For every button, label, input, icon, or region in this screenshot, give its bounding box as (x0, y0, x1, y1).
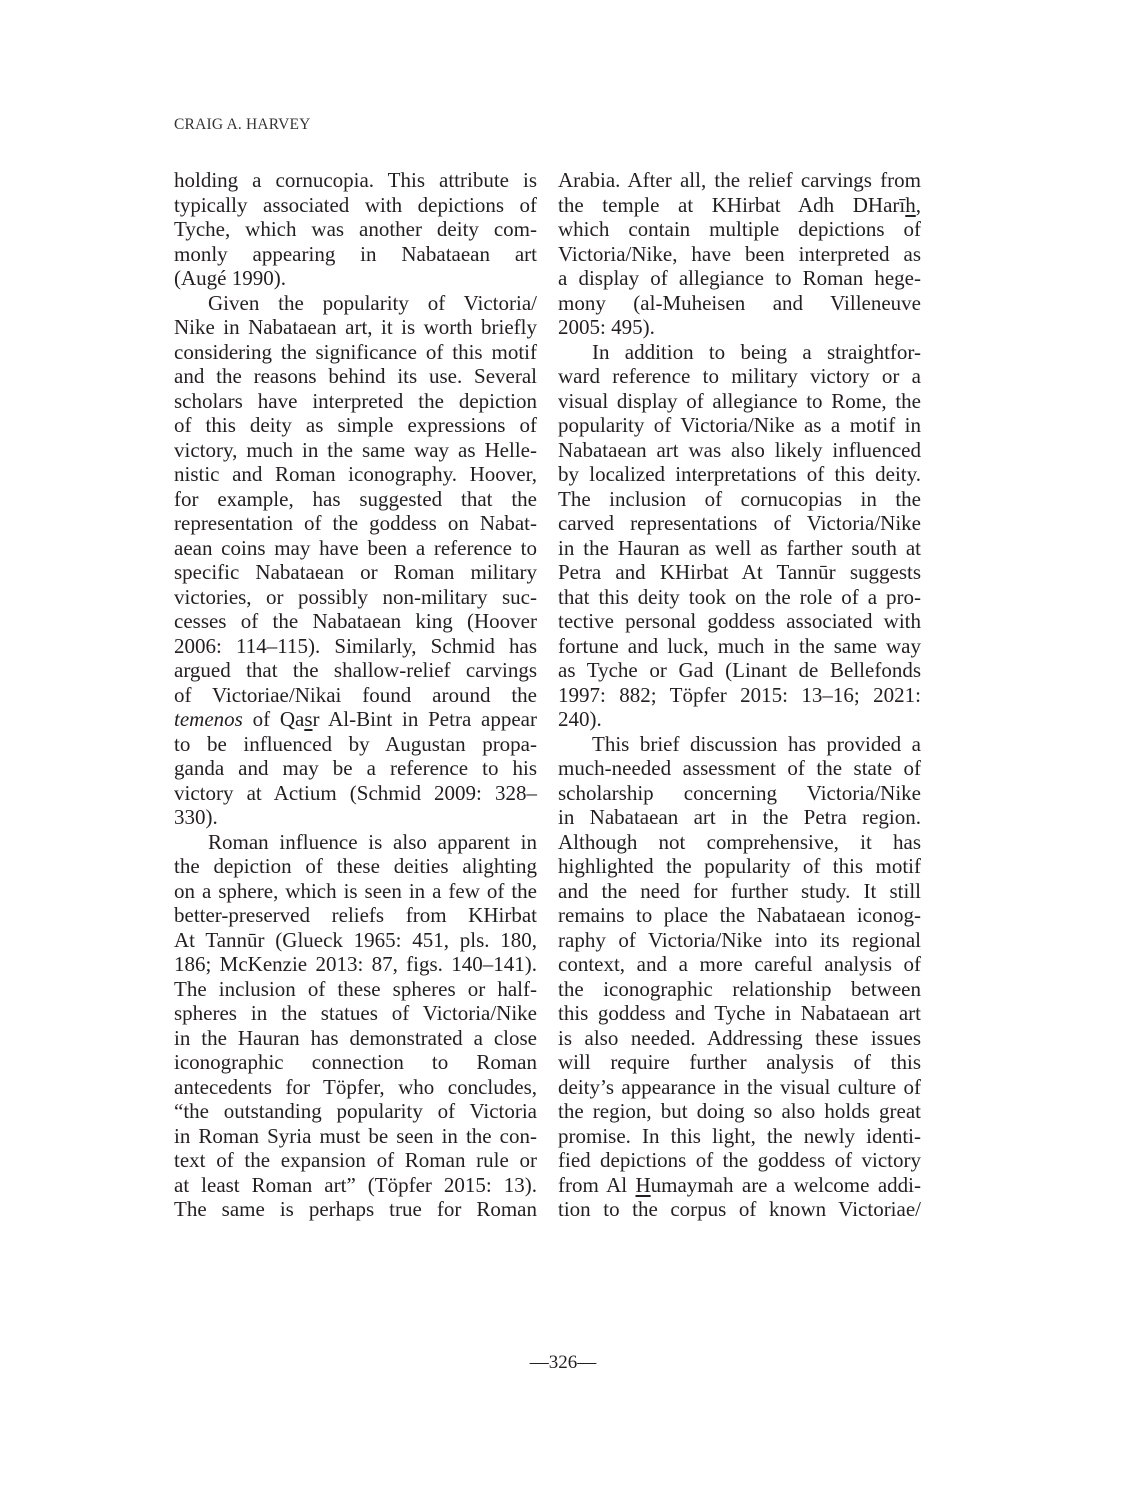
transliteration-underline: h (905, 193, 916, 217)
text-line: 1997: 882; Töpfer 2015: 13–16; 2021: (558, 683, 921, 708)
text-line: Although not comprehensive, it has (558, 830, 921, 855)
text-line: fortune and luck, much in the same way (558, 634, 921, 659)
text-line: carved representations of Victoria/Nike (558, 511, 921, 536)
text-line: text of the expansion of Roman rule or (174, 1148, 537, 1173)
text-line: promise. In this light, the newly identi… (558, 1124, 921, 1149)
text-line: Given the popularity of Victoria/ (174, 291, 537, 316)
text-line: which contain multiple depictions of (558, 217, 921, 242)
text-line: deity’s appearance in the visual culture… (558, 1075, 921, 1100)
text-line: scholarship concerning Victoria/Nike (558, 781, 921, 806)
text-line: the temple at KHirbat Adh DHarīh, (558, 193, 921, 218)
text-line: Victoria/Nike, have been interpreted as (558, 242, 921, 267)
text-segment: from Al (558, 1173, 635, 1197)
text-line: the depiction of these deities alighting (174, 854, 537, 879)
italic-term: temenos (174, 707, 243, 731)
text-line: victory at Actium (Schmid 2009: 328– (174, 781, 537, 806)
text-line: this goddess and Tyche in Nabataean art (558, 1001, 921, 1026)
text-segment: the temple at KHirbat Adh DHarī (558, 193, 905, 217)
text-line: Tyche, which was another deity com- (174, 217, 537, 242)
left-text-column: holding a cornucopia. This attribute ist… (174, 168, 537, 1222)
text-line: Arabia. After all, the relief carvings f… (558, 168, 921, 193)
text-line: 2006: 114–115). Similarly, Schmid has (174, 634, 537, 659)
text-line: raphy of Victoria/Nike into its regional (558, 928, 921, 953)
transliteration-underline: H (635, 1173, 650, 1197)
running-head-author: CRAIG A. HARVEY (174, 116, 311, 134)
text-line: At Tannūr (Glueck 1965: 451, pls. 180, (174, 928, 537, 953)
text-segment: umaymah are a welcome addi- (651, 1173, 921, 1197)
text-line: the region, but doing so also holds grea… (558, 1099, 921, 1124)
text-line: ward reference to military victory or a (558, 364, 921, 389)
text-line: will require further analysis of this (558, 1050, 921, 1075)
text-line: that this deity took on the role of a pr… (558, 585, 921, 610)
text-segment: , (916, 193, 921, 217)
text-line: Petra and KHirbat At Tannūr suggests (558, 560, 921, 585)
text-line: The inclusion of cornucopias in the (558, 487, 921, 512)
text-line: scholars have interpreted the depiction (174, 389, 537, 414)
text-line: victory, much in the same way as Helle- (174, 438, 537, 463)
transliteration-underline: s (304, 707, 312, 731)
text-line: 186; McKenzie 2013: 87, figs. 140–141). (174, 952, 537, 977)
text-line: cesses of the Nabataean king (Hoover (174, 609, 537, 634)
text-line: This brief discussion has provided a (558, 732, 921, 757)
text-line: the iconographic relationship between (558, 977, 921, 1002)
text-line: in the Hauran has demonstrated a close (174, 1026, 537, 1051)
text-line: and the reasons behind its use. Several (174, 364, 537, 389)
text-line: in Nabataean art in the Petra region. (558, 805, 921, 830)
text-line: The same is perhaps true for Roman (174, 1197, 537, 1222)
text-segment: r Al-Bint in Petra appear (313, 707, 537, 731)
page-number: —326— (0, 1352, 1126, 1374)
text-line: considering the significance of this mot… (174, 340, 537, 365)
text-line: Roman influence is also apparent in (174, 830, 537, 855)
text-line: for example, has suggested that the (174, 487, 537, 512)
text-line: Nabataean art was also likely influenced (558, 438, 921, 463)
text-line: 330). (174, 805, 537, 830)
text-line: of Victoriae/Nikai found around the (174, 683, 537, 708)
text-line: argued that the shallow-relief carvings (174, 658, 537, 683)
text-line: on a sphere, which is seen in a few of t… (174, 879, 537, 904)
text-line: nistic and Roman iconography. Hoover, (174, 462, 537, 487)
text-line: better-preserved reliefs from KHirbat (174, 903, 537, 928)
text-line: is also needed. Addressing these issues (558, 1026, 921, 1051)
text-line: victories, or possibly non-military suc- (174, 585, 537, 610)
text-line: popularity of Victoria/Nike as a motif i… (558, 413, 921, 438)
text-line: monly appearing in Nabataean art (174, 242, 537, 267)
text-line: fied depictions of the goddess of victor… (558, 1148, 921, 1173)
text-line: specific Nabataean or Roman military (174, 560, 537, 585)
text-segment: of Qa (243, 707, 305, 731)
text-line: aean coins may have been a reference to (174, 536, 537, 561)
text-line: from Al Humaymah are a welcome addi- (558, 1173, 921, 1198)
text-line: holding a cornucopia. This attribute is (174, 168, 537, 193)
text-line: by localized interpretations of this dei… (558, 462, 921, 487)
text-line: temenos of Qasr Al-Bint in Petra appear (174, 707, 537, 732)
text-line: The inclusion of these spheres or half- (174, 977, 537, 1002)
text-line: remains to place the Nabataean iconog- (558, 903, 921, 928)
text-line: a display of allegiance to Roman hege- (558, 266, 921, 291)
text-line: iconographic connection to Roman (174, 1050, 537, 1075)
text-line: much-needed assessment of the state of (558, 756, 921, 781)
text-line: “the outstanding popularity of Victoria (174, 1099, 537, 1124)
text-line: 240). (558, 707, 921, 732)
text-line: of this deity as simple expressions of (174, 413, 537, 438)
text-line: at least Roman art” (Töpfer 2015: 13). (174, 1173, 537, 1198)
text-line: in Roman Syria must be seen in the con- (174, 1124, 537, 1149)
text-line: Nike in Nabataean art, it is worth brief… (174, 315, 537, 340)
text-line: In addition to being a straightfor- (558, 340, 921, 365)
text-line: ganda and may be a reference to his (174, 756, 537, 781)
text-line: context, and a more careful analysis of (558, 952, 921, 977)
text-line: mony (al-Muheisen and Villeneuve (558, 291, 921, 316)
text-line: to be influenced by Augustan propa- (174, 732, 537, 757)
text-line: spheres in the statues of Victoria/Nike (174, 1001, 537, 1026)
text-line: in the Hauran as well as farther south a… (558, 536, 921, 561)
text-line: typically associated with depictions of (174, 193, 537, 218)
text-line: tion to the corpus of known Victoriae/ (558, 1197, 921, 1222)
text-line: tective personal goddess associated with (558, 609, 921, 634)
text-line: and the need for further study. It still (558, 879, 921, 904)
text-line: (Augé 1990). (174, 266, 537, 291)
text-line: representation of the goddess on Nabat- (174, 511, 537, 536)
text-line: visual display of allegiance to Rome, th… (558, 389, 921, 414)
text-line: as Tyche or Gad (Linant de Bellefonds (558, 658, 921, 683)
text-line: highlighted the popularity of this motif (558, 854, 921, 879)
text-line: antecedents for Töpfer, who concludes, (174, 1075, 537, 1100)
right-text-column: Arabia. After all, the relief carvings f… (558, 168, 921, 1222)
text-line: 2005: 495). (558, 315, 921, 340)
